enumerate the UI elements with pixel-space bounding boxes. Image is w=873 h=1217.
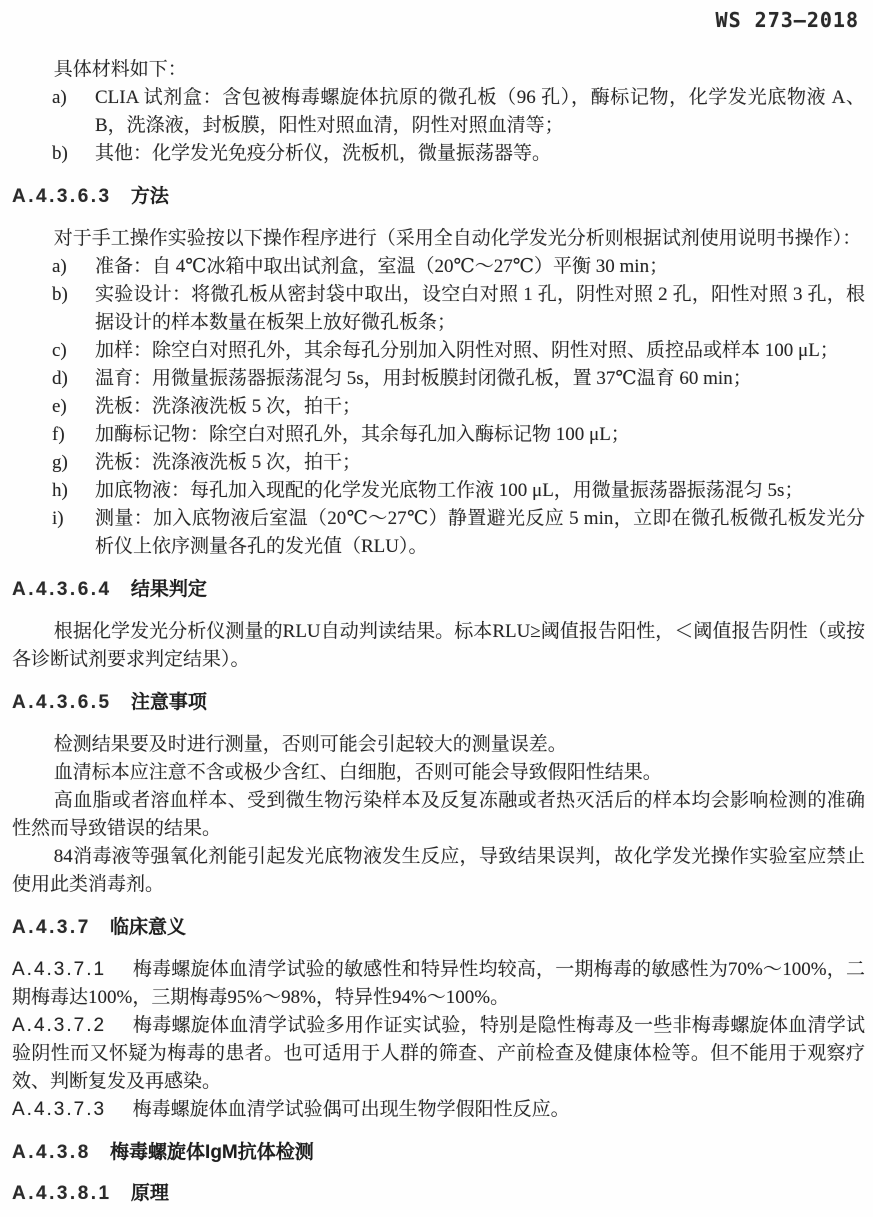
note-paragraph: 血清标本应注意不含或极少含红、白细胞，否则可能会导致假阳性结果。: [12, 759, 865, 787]
clinical-clause: A.4.3.7.3梅毒螺旋体血清学试验偶可出现生物学假阳性反应。: [12, 1096, 865, 1124]
section-title: 结果判定: [131, 579, 207, 600]
section-heading-notes: A.4.3.6.5 注意事项: [12, 691, 865, 715]
list-item-text: 其他：化学发光免疫分析仪，洗板机，微量振荡器等。: [95, 140, 865, 168]
clause-number: A.4.3.7.1: [12, 959, 106, 980]
list-item-label: f): [52, 421, 95, 449]
list-item-label: b): [52, 140, 95, 168]
section-heading-result: A.4.3.6.4 结果判定: [12, 578, 865, 602]
list-item-label: e): [52, 393, 95, 421]
list-item-text: 测量：加入底物液后室温（20℃～27℃）静置避光反应 5 min，立即在微孔板微…: [95, 505, 865, 561]
list-item-text: 加底物液：每孔加入现配的化学发光底物工作液 100 μL，用微量振荡器振荡混匀 …: [95, 477, 865, 505]
list-item-text: 加样：除空白对照孔外，其余每孔分别加入阴性对照、阴性对照、质控品或样本 100 …: [95, 337, 865, 365]
note-paragraph: 84消毒液等强氧化剂能引起发光底物液发生反应，导致结果误判，故化学发光操作实验室…: [12, 843, 865, 899]
section-title: 临床意义: [110, 917, 186, 938]
result-paragraph: 根据化学发光分析仪测量的RLU自动判读结果。标本RLU≥阈值报告阳性，＜阈值报告…: [12, 618, 865, 674]
section-number: A.4.3.8.1: [12, 1183, 112, 1204]
note-paragraph: 高血脂或者溶血样本、受到微生物污染样本及反复冻融或者热灭活后的样本均会影响检测的…: [12, 787, 865, 843]
list-item: h) 加底物液：每孔加入现配的化学发光底物工作液 100 μL，用微量振荡器振荡…: [12, 477, 865, 505]
document-page: WS 273—2018 具体材料如下： a) CLIA 试剂盒：含包被梅毒螺旋体…: [0, 0, 873, 1217]
list-item: e) 洗板：洗涤液洗板 5 次，拍干；: [12, 393, 865, 421]
list-item-text: 洗板：洗涤液洗板 5 次，拍干；: [95, 393, 865, 421]
list-item-label: c): [52, 337, 95, 365]
section-number: A.4.3.6.4: [12, 579, 112, 600]
doc-number: WS 273—2018: [716, 8, 859, 32]
clause-text: 梅毒螺旋体血清学试验多用作证实试验，特别是隐性梅毒及一些非梅毒螺旋体血清学试验阴…: [12, 1015, 865, 1092]
section-title: 原理: [131, 1183, 169, 1204]
list-item-label: a): [52, 253, 95, 281]
list-item-label: h): [52, 477, 95, 505]
list-item: a) CLIA 试剂盒：含包被梅毒螺旋体抗原的微孔板（96 孔），酶标记物，化学…: [12, 84, 865, 140]
list-item: b) 其他：化学发光免疫分析仪，洗板机，微量振荡器等。: [12, 140, 865, 168]
method-intro: 对于手工操作实验按以下操作程序进行（采用全自动化学发光分析则根据试剂使用说明书操…: [12, 225, 865, 253]
section-title: 方法: [131, 186, 169, 207]
section-heading-igm: A.4.3.8 梅毒螺旋体IgM抗体检测: [12, 1141, 865, 1165]
list-item-text: CLIA 试剂盒：含包被梅毒螺旋体抗原的微孔板（96 孔），酶标记物，化学发光底…: [95, 84, 865, 140]
section-number: A.4.3.8: [12, 1142, 91, 1163]
list-item: c) 加样：除空白对照孔外，其余每孔分别加入阴性对照、阴性对照、质控品或样本 1…: [12, 337, 865, 365]
list-item-text: 加酶标记物：除空白对照孔外，其余每孔加入酶标记物 100 μL；: [95, 421, 865, 449]
clause-text: 梅毒螺旋体血清学试验的敏感性和特异性均较高，一期梅毒的敏感性为70%～100%，…: [12, 959, 865, 1008]
section-heading-method: A.4.3.6.3 方法: [12, 185, 865, 209]
materials-intro: 具体材料如下：: [12, 56, 865, 84]
section-number: A.4.3.6.5: [12, 692, 112, 713]
list-item-label: d): [52, 365, 95, 393]
materials-list: a) CLIA 试剂盒：含包被梅毒螺旋体抗原的微孔板（96 孔），酶标记物，化学…: [12, 84, 865, 168]
list-item-text: 洗板：洗涤液洗板 5 次，拍干；: [95, 449, 865, 477]
list-item: i) 测量：加入底物液后室温（20℃～27℃）静置避光反应 5 min，立即在微…: [12, 505, 865, 561]
clause-text: 梅毒螺旋体血清学试验偶可出现生物学假阳性反应。: [133, 1099, 570, 1120]
list-item: a) 准备：自 4℃冰箱中取出试剂盒，室温（20℃～27℃）平衡 30 min；: [12, 253, 865, 281]
section-title: 注意事项: [131, 692, 207, 713]
note-paragraph: 检测结果要及时进行测量，否则可能会引起较大的测量误差。: [12, 731, 865, 759]
list-item: b) 实验设计：将微孔板从密封袋中取出，设空白对照 1 孔，阴性对照 2 孔，阳…: [12, 281, 865, 337]
clinical-clause: A.4.3.7.1梅毒螺旋体血清学试验的敏感性和特异性均较高，一期梅毒的敏感性为…: [12, 956, 865, 1012]
list-item: d) 温育：用微量振荡器振荡混匀 5s，用封板膜封闭微孔板，置 37℃温育 60…: [12, 365, 865, 393]
section-title: 梅毒螺旋体IgM抗体检测: [110, 1142, 314, 1163]
list-item-text: 实验设计：将微孔板从密封袋中取出，设空白对照 1 孔，阴性对照 2 孔，阳性对照…: [95, 281, 865, 337]
list-item-text: 准备：自 4℃冰箱中取出试剂盒，室温（20℃～27℃）平衡 30 min；: [95, 253, 865, 281]
section-heading-igm-principle: A.4.3.8.1 原理: [12, 1182, 865, 1206]
list-item: f) 加酶标记物：除空白对照孔外，其余每孔加入酶标记物 100 μL；: [12, 421, 865, 449]
clause-number: A.4.3.7.3: [12, 1099, 106, 1120]
list-item: g) 洗板：洗涤液洗板 5 次，拍干；: [12, 449, 865, 477]
method-steps-list: a) 准备：自 4℃冰箱中取出试剂盒，室温（20℃～27℃）平衡 30 min；…: [12, 253, 865, 561]
clinical-clause: A.4.3.7.2梅毒螺旋体血清学试验多用作证实试验，特别是隐性梅毒及一些非梅毒…: [12, 1012, 865, 1096]
list-item-label: b): [52, 281, 95, 337]
list-item-text: 温育：用微量振荡器振荡混匀 5s，用封板膜封闭微孔板，置 37℃温育 60 mi…: [95, 365, 865, 393]
section-number: A.4.3.6.3: [12, 186, 112, 207]
list-item-label: g): [52, 449, 95, 477]
section-heading-clinical: A.4.3.7 临床意义: [12, 916, 865, 940]
clause-number: A.4.3.7.2: [12, 1015, 106, 1036]
list-item-label: a): [52, 84, 95, 140]
list-item-label: i): [52, 505, 95, 561]
page-header: WS 273—2018: [12, 8, 865, 32]
section-number: A.4.3.7: [12, 917, 91, 938]
